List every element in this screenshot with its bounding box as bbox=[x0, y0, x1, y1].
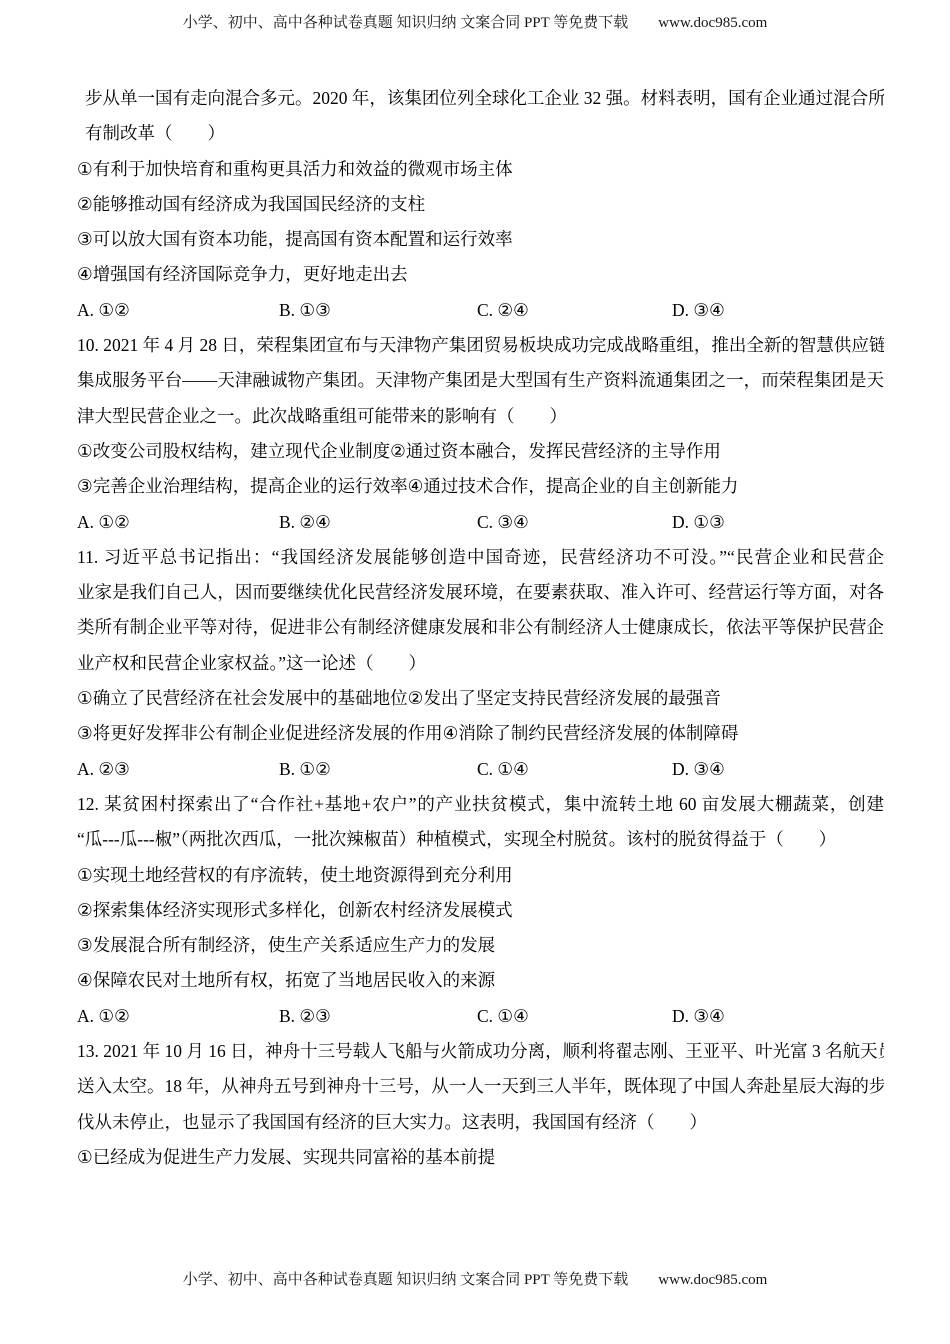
option-b: B. ②④ bbox=[279, 505, 331, 540]
q10-answer-options-row: A. ①② B. ②④ C. ③④ D. ①③ bbox=[77, 505, 884, 540]
q9-answer-options-row: A. ①② B. ①③ C. ②④ D. ③④ bbox=[77, 293, 884, 328]
q11-stem-line: 类所有制企业平等对待，促进非公有制经济健康发展和非公有制经济人士健康成长，依法平… bbox=[77, 610, 884, 645]
q10-stem-line: 集成服务平台——天津融诚物产集团。天津物产集团是大型国有生产资料流通集团之一，而… bbox=[77, 363, 884, 398]
q13-stem-line: 伐从未停止，也显示了我国国有经济的巨大实力。这表明，我国国有经济（ ） bbox=[77, 1105, 884, 1140]
q12-item-3: ③发展混合所有制经济，使生产关系适应生产力的发展 bbox=[77, 928, 884, 963]
q10-items-3-4: ③完善企业治理结构，提高企业的运行效率④通过技术合作，提高企业的自主创新能力 bbox=[77, 469, 884, 504]
option-c: C. ①④ bbox=[477, 752, 529, 787]
option-b: B. ②③ bbox=[279, 999, 331, 1034]
page-header: 小学、初中、高中各种试卷真题 知识归纳 文案合同 PPT 等免费下载www.do… bbox=[0, 11, 950, 32]
q11-stem-line: 业产权和民营企业家权益。”这一论述（ ） bbox=[77, 646, 884, 681]
q12-stem-line: 12. 某贫困村探索出了“合作社+基地+农户”的产业扶贫模式，集中流转土地 60… bbox=[77, 787, 884, 822]
footer-promo-text: 小学、初中、高中各种试卷真题 知识归纳 文案合同 PPT 等免费下载 bbox=[183, 1272, 629, 1288]
q10-items-1-2: ①改变公司股权结构，建立现代企业制度②通过资本融合，发挥民营经济的主导作用 bbox=[77, 434, 884, 469]
option-a: A. ②③ bbox=[77, 752, 130, 787]
option-d: D. ③④ bbox=[672, 999, 725, 1034]
q12-item-1: ①实现土地经营权的有序流转，使土地资源得到充分利用 bbox=[77, 858, 884, 893]
q11-items-1-2: ①确立了民营经济在社会发展中的基础地位②发出了坚定支持民营经济发展的最强音 bbox=[77, 681, 884, 716]
q9-item-1: ①有利于加快培育和重构更具活力和效益的微观市场主体 bbox=[77, 152, 884, 187]
q12-item-2: ②探索集体经济实现形式多样化，创新农村经济发展模式 bbox=[77, 893, 884, 928]
footer-site-url: www.doc985.com bbox=[658, 1272, 767, 1288]
q9-stem-line: 有制改革（ ） bbox=[77, 116, 884, 151]
header-site-url: www.doc985.com bbox=[658, 15, 767, 31]
option-d: D. ①③ bbox=[672, 505, 725, 540]
q9-item-4: ④增强国有经济国际竞争力，更好地走出去 bbox=[77, 257, 884, 292]
q13-stem-line: 13. 2021 年 10 月 16 日，神舟十三号载人飞船与火箭成功分离，顺利… bbox=[77, 1034, 884, 1069]
q11-items-3-4: ③将更好发挥非公有制企业促进经济发展的作用④消除了制约民营经济发展的体制障碍 bbox=[77, 716, 884, 751]
option-c: C. ③④ bbox=[477, 505, 529, 540]
option-c: C. ①④ bbox=[477, 999, 529, 1034]
q9-item-2: ②能够推动国有经济成为我国国民经济的支柱 bbox=[77, 187, 884, 222]
option-d: D. ③④ bbox=[672, 752, 725, 787]
q12-item-4: ④保障农民对土地所有权，拓宽了当地居民收入的来源 bbox=[77, 963, 884, 998]
q10-stem-line: 津大型民营企业之一。此次战略重组可能带来的影响有（ ） bbox=[77, 399, 884, 434]
option-c: C. ②④ bbox=[477, 293, 529, 328]
q13-stem-line: 送入太空。18 年，从神舟五号到神舟十三号，从一人一天到三人半年，既体现了中国人… bbox=[77, 1069, 884, 1104]
header-promo-text: 小学、初中、高中各种试卷真题 知识归纳 文案合同 PPT 等免费下载 bbox=[183, 15, 629, 31]
option-a: A. ①② bbox=[77, 505, 130, 540]
q9-stem-line: 步从单一国有走向混合多元。2020 年，该集团位列全球化工企业 32 强。材料表… bbox=[77, 81, 884, 116]
option-b: B. ①③ bbox=[279, 293, 331, 328]
option-b: B. ①② bbox=[279, 752, 331, 787]
exam-body: 步从单一国有走向混合多元。2020 年，该集团位列全球化工企业 32 强。材料表… bbox=[77, 81, 884, 1175]
page-footer: 小学、初中、高中各种试卷真题 知识归纳 文案合同 PPT 等免费下载www.do… bbox=[0, 1268, 950, 1289]
q13-item-1: ①已经成为促进生产力发展、实现共同富裕的基本前提 bbox=[77, 1140, 884, 1175]
q9-item-3: ③可以放大国有资本功能，提高国有资本配置和运行效率 bbox=[77, 222, 884, 257]
option-a: A. ①② bbox=[77, 293, 130, 328]
q12-stem-line: “瓜---瓜---椒”（两批次西瓜，一批次辣椒苗）种植模式，实现全村脱贫。该村的… bbox=[77, 822, 884, 857]
option-d: D. ③④ bbox=[672, 293, 725, 328]
q12-answer-options-row: A. ①② B. ②③ C. ①④ D. ③④ bbox=[77, 999, 884, 1034]
q11-stem-line: 11. 习近平总书记指出：“我国经济发展能够创造中国奇迹，民营经济功不可没。”“… bbox=[77, 540, 884, 575]
option-a: A. ①② bbox=[77, 999, 130, 1034]
q11-answer-options-row: A. ②③ B. ①② C. ①④ D. ③④ bbox=[77, 752, 884, 787]
q11-stem-line: 业家是我们自己人，因而要继续优化民营经济发展环境，在要素获取、准入许可、经营运行… bbox=[77, 575, 884, 610]
q10-stem-line: 10. 2021 年 4 月 28 日，荣程集团宣布与天津物产集团贸易板块成功完… bbox=[77, 328, 884, 363]
